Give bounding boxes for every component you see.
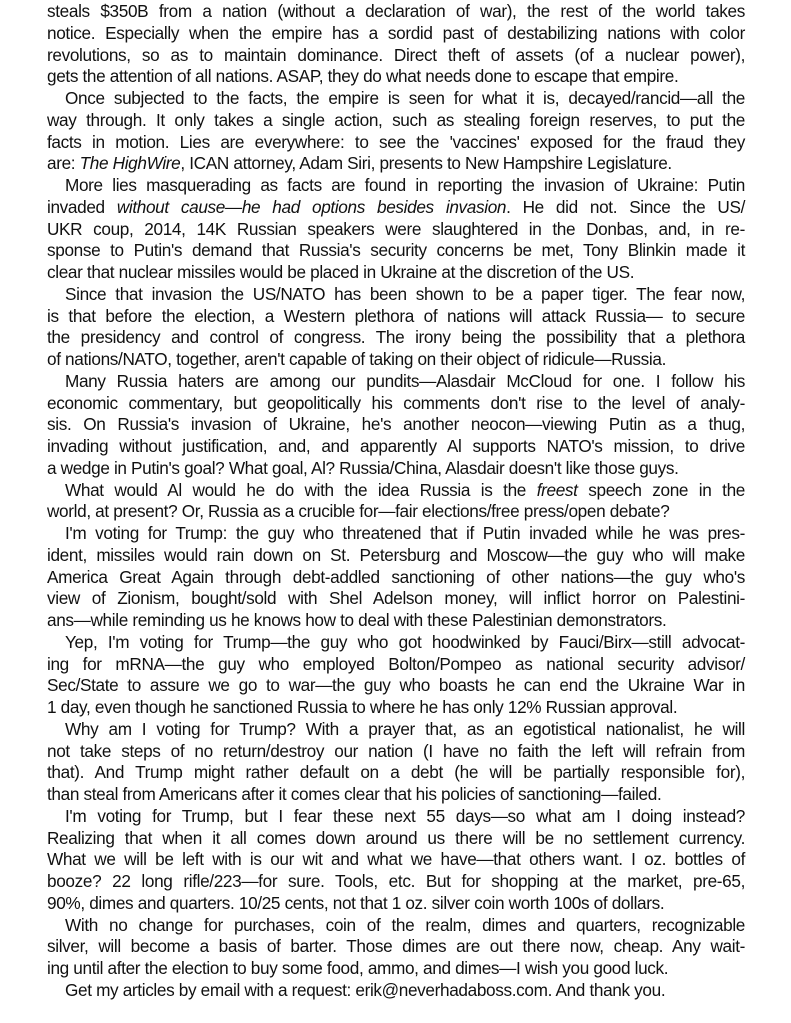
text-line: facts in motion. Lies are everywhere: to… — [47, 132, 745, 154]
text-line: I'm voting for Trump: the guy who threat… — [47, 523, 745, 545]
text-line: Sec/State to assure we go to war—the guy… — [47, 675, 745, 697]
text-line: clear that nuclear missiles would be pla… — [47, 262, 745, 284]
text-line: Since that invasion the US/NATO has been… — [47, 284, 745, 306]
text-fragment: speech zone in the — [578, 480, 745, 500]
paragraph: What would Al would he do with the idea … — [47, 480, 745, 524]
text-line: ing for mRNA—the guy who employed Bolton… — [47, 654, 745, 676]
paragraph: I'm voting for Trump: the guy who threat… — [47, 523, 745, 632]
text-line: Yep, I'm voting for Trump—the guy who go… — [47, 632, 745, 654]
text-line: America Great Again through debt-addled … — [47, 567, 745, 589]
contact-line: Get my articles by email with a request:… — [47, 980, 745, 1002]
text-line: ident, missiles would rain down on St. P… — [47, 545, 745, 567]
text-line: gets the attention of all nations. ASAP,… — [47, 66, 745, 88]
text-line: steals $350B from a nation (without a de… — [47, 1, 745, 23]
text-line: Once subjected to the facts, the empire … — [47, 88, 745, 110]
text-line: the presidency and control of congress. … — [47, 327, 745, 349]
paragraph: steals $350B from a nation (without a de… — [47, 1, 745, 88]
text-line: notice. Especially when the empire has a… — [47, 23, 745, 45]
text-line: silver, will become a basis of barter. T… — [47, 936, 745, 958]
text-line: What would Al would he do with the idea … — [47, 480, 745, 502]
text-line: of nations/NATO, together, aren't capabl… — [47, 349, 745, 371]
text-line: world, at present? Or, Russia as a cruci… — [47, 501, 745, 523]
publication-title: The HighWire — [80, 153, 181, 173]
text-line: Realizing that when it all comes down ar… — [47, 828, 745, 850]
closing-paragraph: Get my articles by email with a request:… — [47, 980, 745, 1002]
paragraph: Yep, I'm voting for Trump—the guy who go… — [47, 632, 745, 719]
text-line: than steal from Americans after it comes… — [47, 784, 745, 806]
emphasis: freest — [537, 480, 578, 500]
text-line: ans—while reminding us he knows how to d… — [47, 610, 745, 632]
text-line: With no change for purchases, coin of th… — [47, 915, 745, 937]
text-line: invaded without cause—he had options bes… — [47, 197, 745, 219]
article-body: steals $350B from a nation (without a de… — [47, 1, 745, 1002]
text-line: economic commentary, but geopolitically … — [47, 393, 745, 415]
emphasis: without cause—he had options besides inv… — [117, 197, 506, 217]
text-line: a wedge in Putin's goal? What goal, Al? … — [47, 458, 745, 480]
text-line: What we will be left with is our wit and… — [47, 849, 745, 871]
text-line: Why am I voting for Trump? With a prayer… — [47, 719, 745, 741]
text-line: 1 day, even though he sanctioned Russia … — [47, 697, 745, 719]
paragraph: Once subjected to the facts, the empire … — [47, 88, 745, 175]
text-line: 90%, dimes and quarters. 10/25 cents, no… — [47, 893, 745, 915]
text-line: booze? 22 long rifle/223—for sure. Tools… — [47, 871, 745, 893]
paragraph: Why am I voting for Trump? With a prayer… — [47, 719, 745, 806]
paragraph: More lies masquerading as facts are foun… — [47, 175, 745, 284]
text-line: sis. On Russia's invasion of Ukraine, he… — [47, 414, 745, 436]
text-line: not take steps of no return/destroy our … — [47, 741, 745, 763]
text-line: UKR coup, 2014, 14K Russian speakers wer… — [47, 219, 745, 241]
text-line: invading without justification, and, and… — [47, 436, 745, 458]
text-fragment: , ICAN attorney, Adam Siri, presents to … — [180, 153, 671, 173]
text-line: Many Russia haters are among our pundits… — [47, 371, 745, 393]
text-line: is that before the election, a Western p… — [47, 306, 745, 328]
text-line: I'm voting for Trump, but I fear these n… — [47, 806, 745, 828]
paragraph: I'm voting for Trump, but I fear these n… — [47, 806, 745, 915]
text-fragment: . He did not. Since the US/ — [506, 197, 745, 217]
text-line: ing until after the election to buy some… — [47, 958, 745, 980]
text-line: sponse to Putin's demand that Russia's s… — [47, 240, 745, 262]
text-line: More lies masquerading as facts are foun… — [47, 175, 745, 197]
text-line: revolutions, so as to maintain dominance… — [47, 45, 745, 67]
text-fragment: are: — [47, 153, 80, 173]
text-line: view of Zionism, bought/sold with Shel A… — [47, 588, 745, 610]
paragraph: Many Russia haters are among our pundits… — [47, 371, 745, 480]
paragraph: With no change for purchases, coin of th… — [47, 915, 745, 980]
text-line: are: The HighWire, ICAN attorney, Adam S… — [47, 153, 745, 175]
text-line: that). And Trump might rather default on… — [47, 762, 745, 784]
text-line: way through. It only takes a single acti… — [47, 110, 745, 132]
text-fragment: What would Al would he do with the idea … — [65, 480, 537, 500]
text-fragment: invaded — [47, 197, 117, 217]
paragraph: Since that invasion the US/NATO has been… — [47, 284, 745, 371]
